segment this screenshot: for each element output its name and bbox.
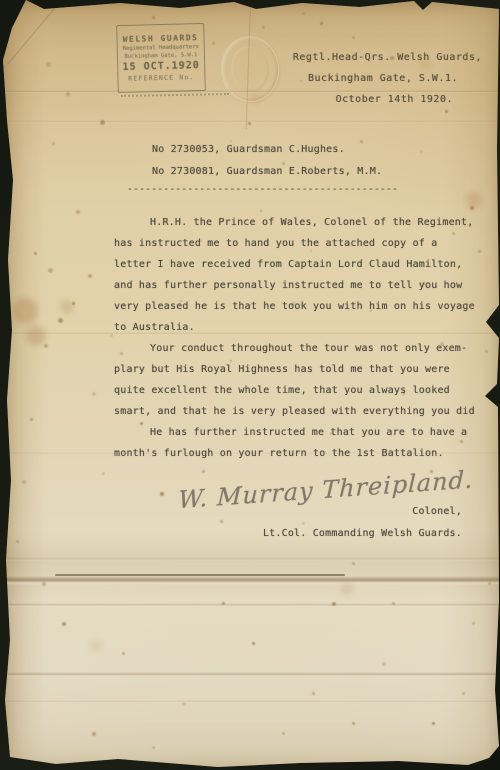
body-line: and has further personally instructed me… <box>114 280 462 291</box>
foxing-spot <box>312 692 315 695</box>
foxing-spot <box>230 360 232 362</box>
foxing-spot <box>182 702 186 706</box>
fold-tear-line <box>55 574 345 576</box>
foxing-spot <box>88 274 92 278</box>
foxing-spot <box>58 318 63 323</box>
stain-blotch <box>60 300 74 314</box>
body-line: H.R.H. the Prince of Wales, Colonel of t… <box>150 217 473 228</box>
recipient-line-1: No 2730053, Guardsman C.Hughes. <box>152 144 345 155</box>
foxing-spot <box>160 492 164 496</box>
received-rubber-stamp: WELSH GUARDS Regimental Headquarters Buc… <box>116 23 206 93</box>
foxing-spot <box>76 210 80 214</box>
typed-divider: ----------------------------------------… <box>127 184 398 195</box>
scanned-letter: WELSH GUARDS Regimental Headquarters Buc… <box>0 0 500 770</box>
foxing-spot <box>16 540 19 543</box>
foxing-spot <box>445 110 448 113</box>
foxing-spot <box>360 140 363 143</box>
foxing-spot <box>230 140 232 142</box>
foxing-spot <box>212 42 215 45</box>
foxing-spot <box>310 250 312 252</box>
stain-blotch <box>26 326 46 346</box>
foxing-spot <box>320 22 323 25</box>
folded-corner-crease <box>7 0 64 65</box>
body-line: Your conduct throughout the tour was not… <box>150 343 467 354</box>
foxing-spot <box>220 520 223 523</box>
body-line: very pleased he is that he took you with… <box>114 301 475 312</box>
body-line: month's furlough on your return to the 1… <box>114 448 444 459</box>
foxing-spot <box>48 268 53 273</box>
foxing-spot <box>460 440 463 443</box>
foxing-spot <box>462 692 465 695</box>
foxing-spot <box>252 642 255 645</box>
foxing-spot <box>302 522 305 525</box>
foxing-spot <box>485 350 488 353</box>
letterhead-line-3: October 14th 1920. <box>336 94 453 105</box>
foxing-spot <box>42 582 46 586</box>
foxing-spot <box>352 36 355 39</box>
recipient-line-2: No 2730081, Guardsman E.Roberts, M.M. <box>152 166 382 177</box>
foxing-spot <box>282 732 285 735</box>
foxing-spot <box>452 232 455 235</box>
foxing-spot <box>22 480 26 484</box>
foxing-spot <box>30 418 33 421</box>
foxing-spot <box>248 122 251 125</box>
foxing-spot <box>470 206 474 210</box>
letter-paper: WELSH GUARDS Regimental Headquarters Buc… <box>0 0 500 770</box>
foxing-spot <box>66 92 70 96</box>
fold-crease <box>0 603 500 607</box>
foxing-spot <box>34 252 37 255</box>
foxing-spot <box>262 26 265 29</box>
stamp-microprint-line <box>121 93 229 97</box>
body-line: He has further instructed me that you ar… <box>150 427 467 438</box>
foxing-spot <box>152 16 155 19</box>
foxing-spot <box>46 62 51 67</box>
fold-crease <box>0 557 500 561</box>
foxing-spot <box>92 392 96 396</box>
body-line: letter I have received from Captain Lord… <box>114 259 462 270</box>
signature-rank: Colonel, <box>412 506 462 517</box>
foxing-spot <box>352 562 355 565</box>
foxing-spot <box>352 722 355 725</box>
stamp-org-line: WELSH GUARDS <box>123 33 199 44</box>
foxing-spot <box>122 652 125 655</box>
foxing-spot <box>72 302 75 305</box>
foxing-spot <box>62 622 66 626</box>
foxing-spot <box>140 422 143 425</box>
foxing-spot <box>44 344 48 348</box>
foxing-spot <box>382 662 386 666</box>
foxing-spot <box>282 162 285 165</box>
fold-crease <box>0 700 500 703</box>
foxing-spot <box>110 334 113 337</box>
stain-blotch <box>90 640 102 652</box>
foxing-spot <box>152 746 155 749</box>
stain-blotch <box>12 298 38 324</box>
fold-crease <box>0 120 500 123</box>
foxing-spot <box>102 472 105 475</box>
foxing-spot <box>472 622 475 625</box>
fold-crease <box>0 672 500 677</box>
foxing-spot <box>302 12 305 15</box>
foxing-spot <box>260 210 262 212</box>
foxing-spot <box>222 602 225 605</box>
body-line: has instructed me to hand you the attach… <box>114 238 437 249</box>
stamp-address-line: Buckingham Gate, S.W.1 <box>124 52 197 60</box>
body-line: quite excellent the whole time, that you… <box>114 385 450 396</box>
foxing-spot <box>478 250 481 253</box>
foxing-spot <box>100 120 105 125</box>
foxing-spot <box>300 80 302 82</box>
foxing-spot <box>332 602 336 606</box>
foxing-spot <box>120 352 123 355</box>
fold-crease <box>0 332 500 335</box>
foxing-spot <box>420 150 423 153</box>
stamp-date-line: 15 OCT.1920 <box>122 60 199 73</box>
foxing-spot <box>92 732 96 736</box>
letterhead-line-2: Buckingham Gate, S.W.1. <box>308 73 458 84</box>
signature-title: Lt.Col. Commanding Welsh Guards. <box>263 528 462 539</box>
foxing-spot <box>52 142 55 145</box>
stamp-dept-line: Regimental Headquarters <box>123 44 199 52</box>
foxing-spot <box>392 602 395 605</box>
foxing-spot <box>488 582 491 585</box>
foxing-spot <box>202 470 205 473</box>
stain-blotch <box>466 192 482 208</box>
stain-blotch <box>340 582 354 596</box>
fold-crease <box>0 576 500 585</box>
stamp-reference-line: REFERENCE No. <box>128 73 195 83</box>
body-line: smart, and that he is very pleased with … <box>114 406 475 417</box>
foxing-spot <box>432 722 435 725</box>
letterhead-line-1: Regtl.Head-Qrs. Welsh Guards, <box>293 52 482 63</box>
body-line: plary but His Royal Highness has told me… <box>114 364 450 375</box>
body-line: to Australia. <box>114 322 195 333</box>
